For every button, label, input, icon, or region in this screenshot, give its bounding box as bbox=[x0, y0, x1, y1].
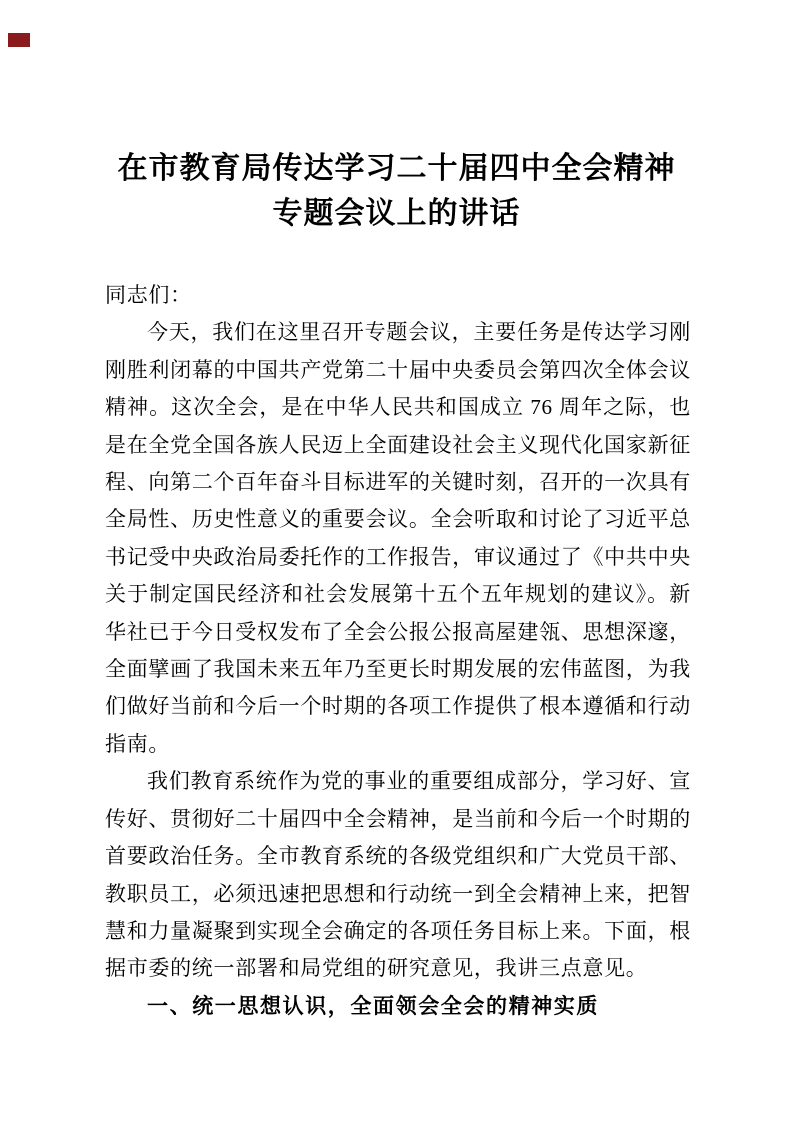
document-title: 在市教育局传达学习二十届四中全会精神 专题会议上的讲话 bbox=[48, 146, 745, 236]
corner-marker bbox=[8, 33, 30, 47]
document-body: 同志们： 今天，我们在这里召开专题会议，主要任务是传达学习刚刚胜利闭幕的中国共产… bbox=[105, 277, 691, 1025]
paragraph-1: 今天，我们在这里召开专题会议，主要任务是传达学习刚刚胜利闭幕的中国共产党第二十届… bbox=[105, 314, 691, 763]
title-line-2: 专题会议上的讲话 bbox=[48, 191, 745, 236]
title-line-1: 在市教育局传达学习二十届四中全会精神 bbox=[48, 146, 745, 191]
paragraph-2: 我们教育系统作为党的事业的重要组成部分，学习好、宣传好、贯彻好二十届四中全会精神… bbox=[105, 763, 691, 987]
document-page: 在市教育局传达学习二十届四中全会精神 专题会议上的讲话 同志们： 今天，我们在这… bbox=[0, 0, 793, 1122]
salutation: 同志们： bbox=[105, 277, 691, 314]
section-heading-1: 一、统一思想认识，全面领会全会的精神实质 bbox=[105, 988, 691, 1025]
